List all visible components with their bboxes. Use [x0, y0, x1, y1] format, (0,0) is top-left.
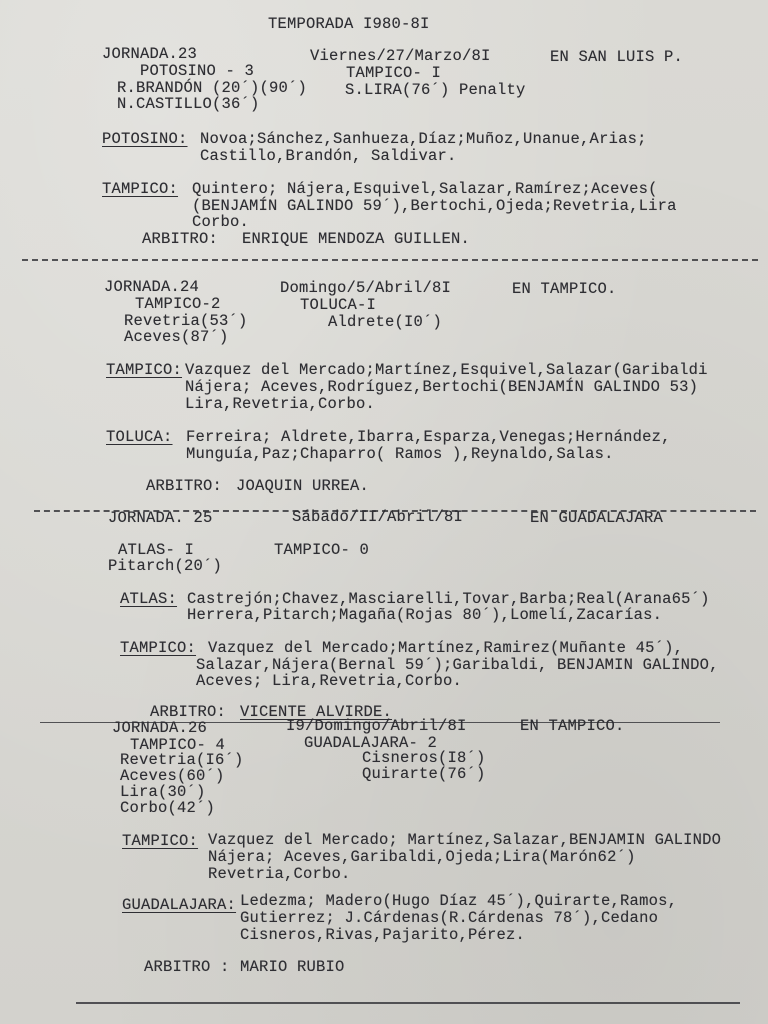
lineup-line: Munguía,Paz;Chaparro( Ramos ),Reynaldo,S…	[186, 446, 614, 463]
lineup-line: Nájera; Aceves,Rodríguez,Bertochi(BENJAM…	[185, 379, 698, 396]
away-team-score: TAMPICO- I	[346, 65, 441, 82]
lineup-team-label: TAMPICO:	[122, 833, 198, 850]
referee-label: ARBITRO:	[142, 231, 218, 248]
away-scorer: Quirarte(76´)	[362, 766, 486, 783]
home-team-score: TAMPICO-2	[135, 296, 221, 313]
jornada-label: JORNADA.23	[102, 46, 197, 63]
jornada-label: JORNADA. 25	[108, 510, 213, 527]
lineup-team-label: TAMPICO:	[120, 640, 196, 657]
referee-name: ENRIQUE MENDOZA GUILLEN.	[242, 231, 470, 248]
lineup-line: Lira,Revetria,Corbo.	[185, 396, 375, 413]
match-date: Viernes/27/Marzo/8I	[310, 48, 491, 65]
lineup-line: Gutierrez; J.Cárdenas(R.Cárdenas 78´),Ce…	[240, 910, 658, 927]
lineup-line: Vazquez del Mercado; Martínez,Salazar,BE…	[208, 832, 721, 849]
lineup-line: Herrera,Pitarch;Magaña(Rojas 80´),Lomelí…	[187, 607, 662, 624]
match-date: Sábado/II/Abril/8I	[292, 509, 463, 526]
lineup-line: Revetria,Corbo.	[208, 866, 351, 883]
away-scorer: S.LIRA(76´) Penalty	[345, 82, 526, 99]
jornada-label: JORNADA.24	[104, 279, 199, 296]
referee-name: JOAQUIN URREA.	[236, 478, 369, 495]
lineup-team-label: TAMPICO:	[106, 362, 182, 379]
match-venue: EN TAMPICO.	[520, 718, 625, 735]
lineup-line: (BENJAMÍN GALINDO 59´),Bertochi,Ojeda;Re…	[192, 198, 677, 215]
lineup-line: Quintero; Nájera,Esquivel,Salazar,Ramíre…	[192, 181, 658, 198]
home-scorer: Corbo(42´)	[120, 800, 215, 817]
home-scorer: N.CASTILLO(36´)	[117, 96, 260, 113]
lineup-line: Vazquez del Mercado;Martínez,Ramirez(Muñ…	[208, 640, 683, 657]
season-title: TEMPORADA I980-8I	[268, 16, 430, 33]
lineup-team-label: ATLAS:	[120, 591, 177, 608]
section-divider	[76, 1002, 740, 1004]
referee-label: ARBITRO :	[144, 959, 230, 976]
away-team-score: TOLUCA-I	[300, 297, 376, 314]
lineup-line: Vazquez del Mercado;Martínez,Esquivel,Sa…	[185, 362, 708, 379]
lineup-line: Cisneros,Rivas,Pajarito,Pérez.	[240, 927, 525, 944]
home-scorer: Aceves(87´)	[124, 329, 229, 346]
lineup-team-label: TOLUCA:	[106, 429, 173, 446]
home-team-score: POTOSINO - 3	[140, 63, 254, 80]
lineup-line: Aceves; Lira,Revetria,Corbo.	[196, 673, 462, 690]
referee-label: ARBITRO:	[146, 478, 222, 495]
lineup-line: Nájera; Aceves,Garibaldi,Ojeda;Lira(Maró…	[208, 849, 636, 866]
match-venue: EN TAMPICO.	[512, 281, 617, 298]
section-divider	[22, 259, 758, 261]
jornada-label: JORNADA.26	[112, 720, 207, 737]
away-team-score: TAMPICO- 0	[274, 542, 369, 559]
match-venue: EN GUADALAJARA	[530, 510, 663, 527]
lineup-team-label: TAMPICO:	[102, 181, 178, 198]
match-date: Domingo/5/Abril/8I	[280, 280, 451, 297]
referee-name: MARIO RUBIO	[240, 959, 345, 976]
lineup-line: Ferreira; Aldrete,Ibarra,Esparza,Venegas…	[186, 429, 671, 446]
lineup-team-label: POTOSINO:	[102, 131, 188, 148]
lineup-line: Corbo.	[192, 214, 249, 231]
away-scorer: Aldrete(I0´)	[328, 314, 442, 331]
lineup-team-label: GUADALAJARA:	[122, 897, 236, 914]
home-scorer: Pitarch(20´)	[108, 558, 222, 575]
match-date: I9/Domingo/Abril/8I	[286, 718, 467, 735]
lineup-line: Castillo,Brandón, Saldivar.	[200, 148, 457, 165]
match-venue: EN SAN LUIS P.	[550, 49, 683, 66]
lineup-line: Ledezma; Madero(Hugo Díaz 45´),Quirarte,…	[240, 893, 677, 910]
typewritten-page: TEMPORADA I980-8I JORNADA.23 Viernes/27/…	[0, 0, 768, 1024]
lineup-line: Novoa;Sánchez,Sanhueza,Díaz;Muñoz,Unanue…	[200, 131, 647, 148]
